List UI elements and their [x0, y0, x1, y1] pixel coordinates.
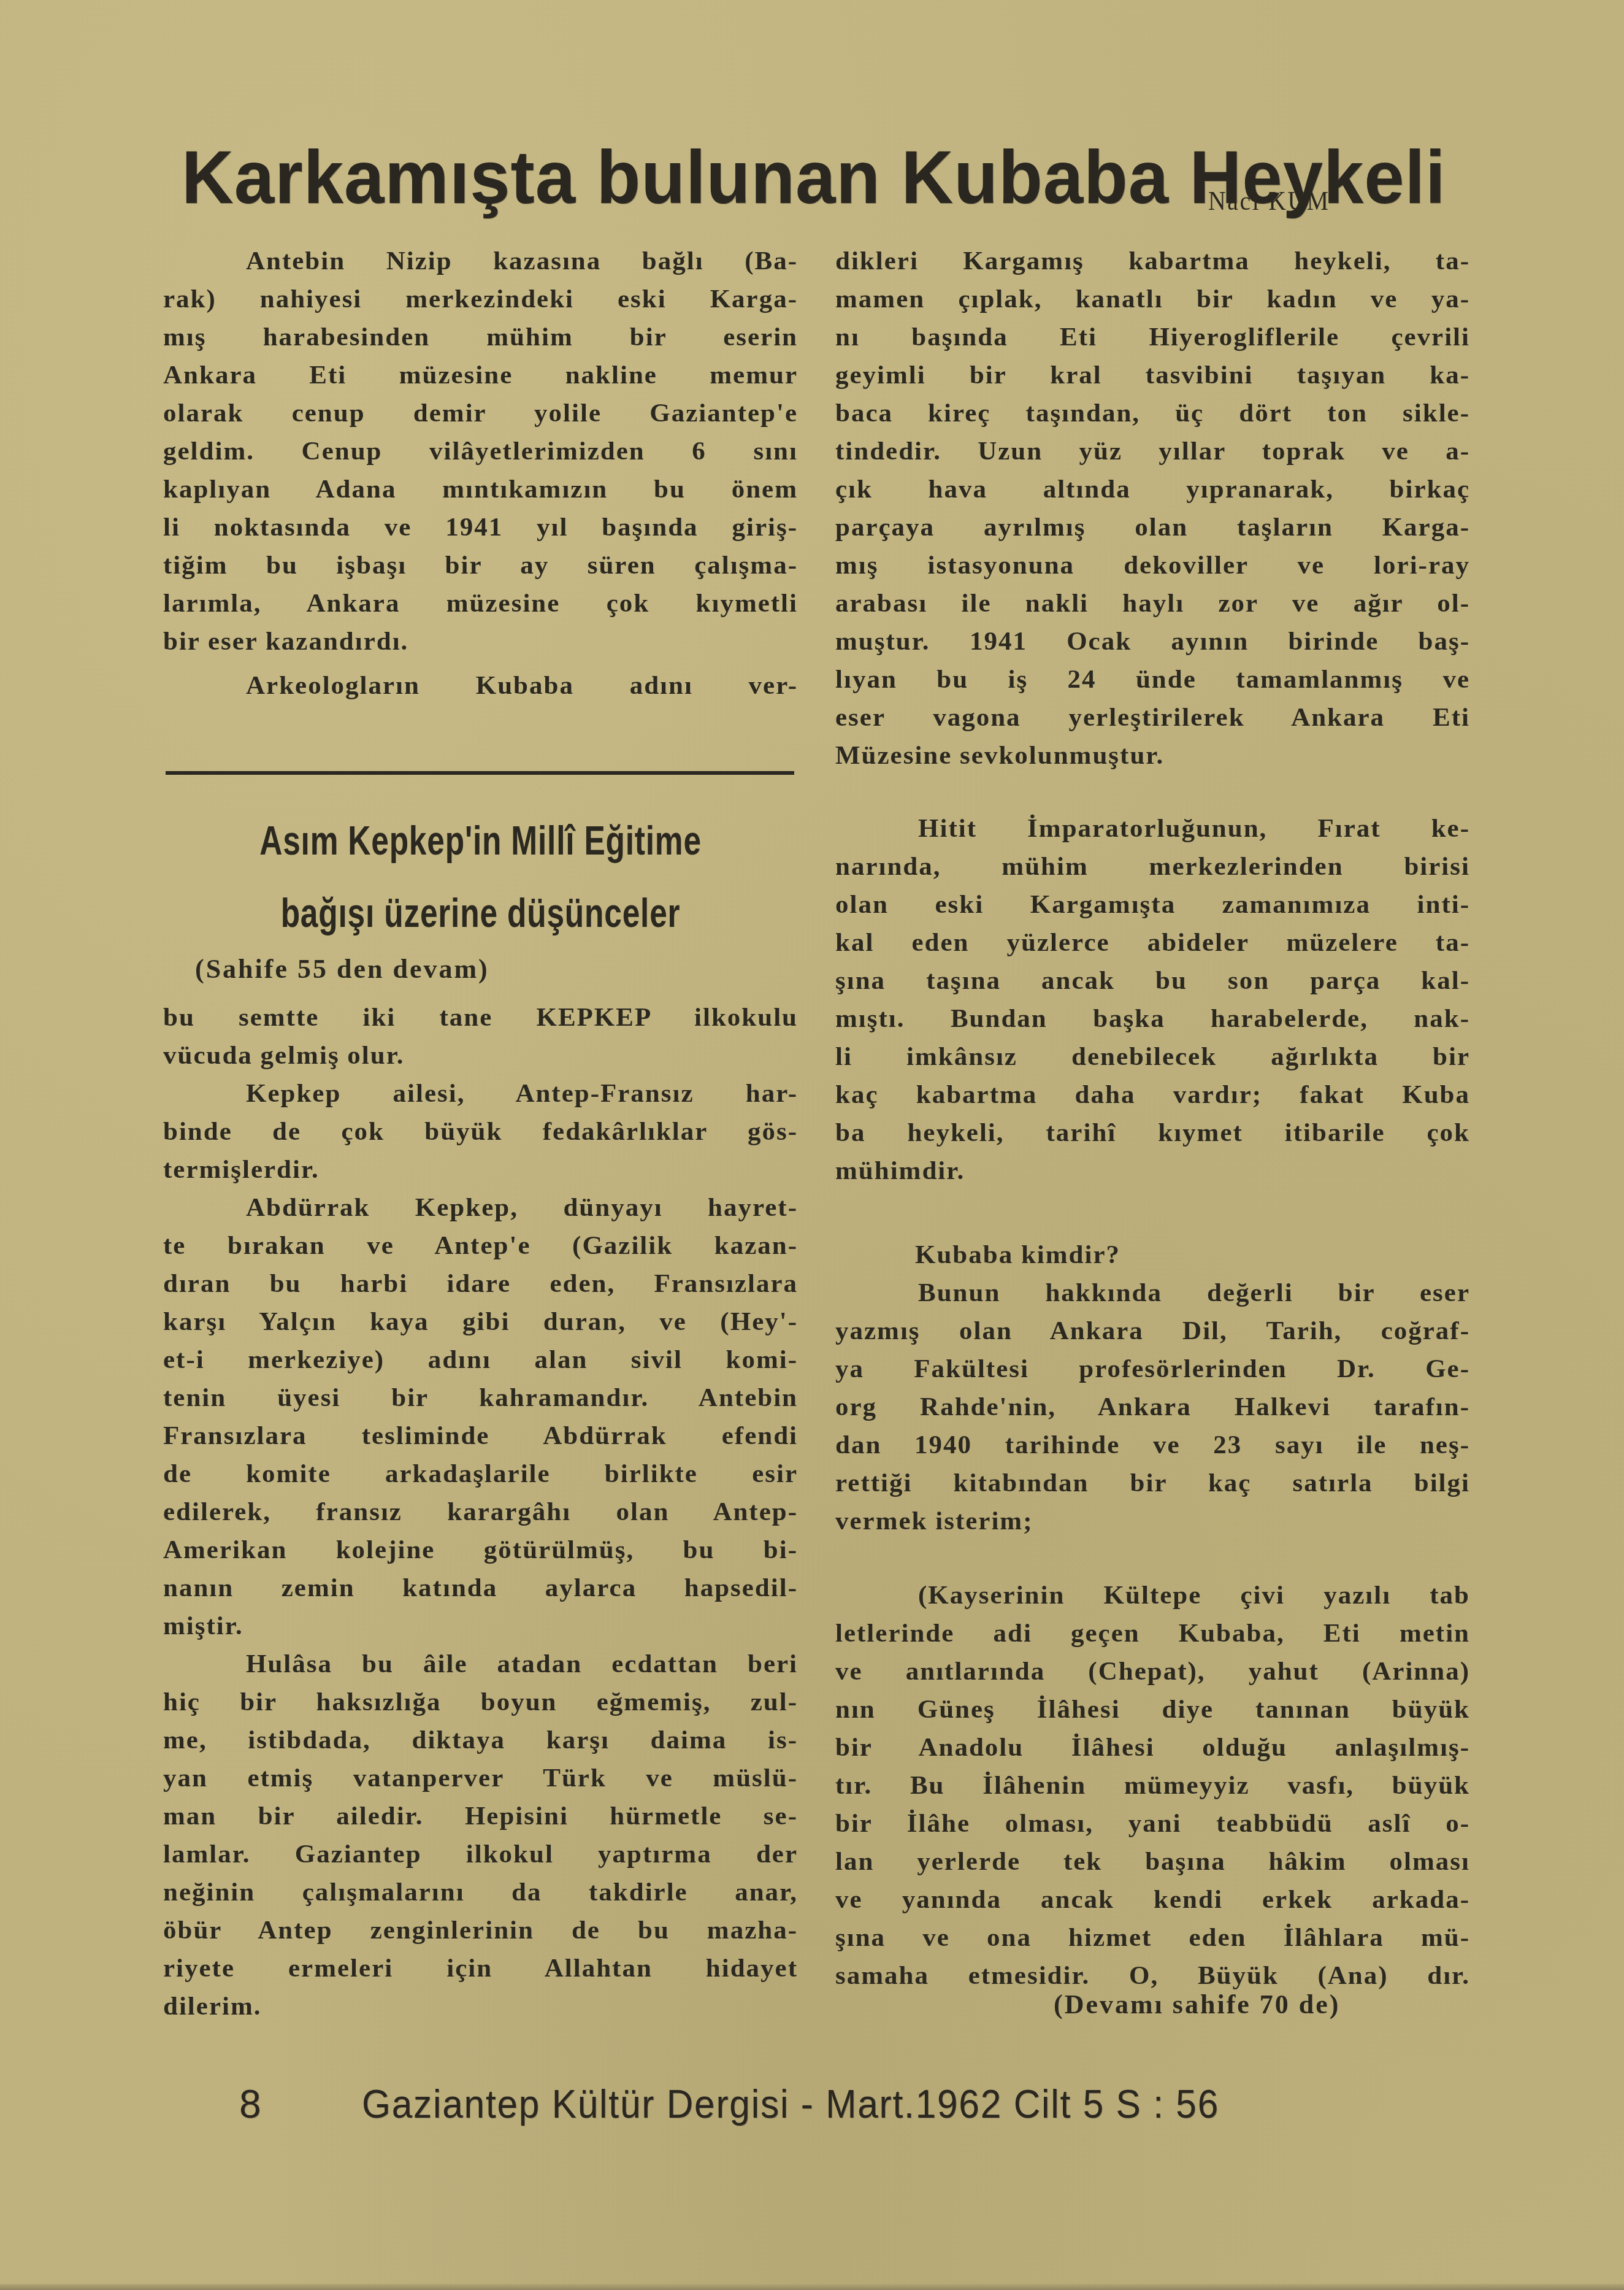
- text-line: kaplıyan Adana mıntıkamızın bu önem: [163, 471, 798, 509]
- right-column-part3: Kubaba kimdir? Bunun hakkında değerli bi…: [835, 1236, 1470, 1540]
- text-line: narında, mühim merkezlerinden birisi: [835, 848, 1470, 886]
- text-line: letlerinde adi geçen Kubaba, Eti metin: [835, 1615, 1470, 1653]
- text-line: (Kayserinin Kültepe çivi yazılı tab: [835, 1577, 1470, 1615]
- text-line: Hitit İmparatorluğunun, Fırat ke-: [835, 810, 1470, 848]
- text-line: lamlar. Gaziantep ilkokul yaptırma der: [163, 1835, 798, 1873]
- right-column-part2: Hitit İmparatorluğunun, Fırat ke- narınd…: [835, 810, 1470, 1190]
- text-line: man bir ailedir. Hepisini hürmetle se-: [163, 1797, 798, 1835]
- text-line: yan etmiş vatanperver Türk ve müslü-: [163, 1759, 798, 1797]
- text-line: ya Fakültesi profesörlerinden Dr. Ge-: [835, 1350, 1470, 1388]
- continued-to-note: (Devamı sahife 70 de): [1054, 1988, 1341, 2022]
- text-line: Ankara Eti müzesine nakline memur: [163, 356, 798, 394]
- article-author: Naci KUM: [1208, 185, 1330, 217]
- text-line: de komite arkadaşlarile birlikte esir: [163, 1455, 798, 1493]
- text-line: te bırakan ve Antep'e (Gazilik kazan-: [163, 1227, 798, 1265]
- text-line: larımla, Ankara müzesine çok kıymetli: [163, 585, 798, 623]
- text-line: tenin üyesi bir kahramandır. Antebin: [163, 1379, 798, 1417]
- text-line: Fransızlara tesliminde Abdürrak efendi: [163, 1417, 798, 1455]
- text-line: eser vagona yerleştirilerek Ankara Eti: [835, 699, 1470, 737]
- text-line: Müzesine sevkolunmuştur.: [835, 737, 1470, 775]
- text-line: org Rahde'nin, Ankara Halkevi tarafın-: [835, 1388, 1470, 1426]
- text-line: Arkeologların Kubaba adını ver-: [163, 667, 798, 705]
- text-line: çık hava altında yıpranarak, birkaç: [835, 471, 1470, 509]
- text-line: mıştı. Bundan başka harabelerde, nak-: [835, 1000, 1470, 1038]
- left-column-second-article: bu semtte iki tane KEPKEP ilkokulu vücud…: [163, 999, 798, 2026]
- text-line: tindedir. Uzun yüz yıllar toprak ve a-: [835, 432, 1470, 471]
- second-article-title-line1: Asım Kepkep'in Millî Eğitime: [233, 816, 728, 865]
- text-line: Hulâsa bu âile atadan ecdattan beri: [163, 1645, 798, 1683]
- text-line: hiç bir haksızlığa boyun eğmemiş, zul-: [163, 1683, 798, 1721]
- text-line: bir eser kazandırdı.: [163, 623, 798, 661]
- right-column-part1: dikleri Kargamış kabartma heykeli, ta- m…: [835, 242, 1470, 775]
- text-line: bir Anadolu İlâhesi olduğu anlaşılmış-: [835, 1729, 1470, 1767]
- text-line: nın Güneş İlâhesi diye tanınan büyük: [835, 1691, 1470, 1729]
- text-line: şına taşına ancak bu son parça kal-: [835, 962, 1470, 1000]
- section-subheading: Kubaba kimdir?: [835, 1236, 1470, 1274]
- text-line: dilerim.: [163, 1988, 798, 2026]
- text-line: vermek isterim;: [835, 1502, 1470, 1540]
- text-line: mamen çıplak, kanatlı bir kadın ve ya-: [835, 280, 1470, 318]
- text-line: olarak cenup demir yolile Gaziantep'e: [163, 394, 798, 432]
- text-line: rak) nahiyesi merkezindeki eski Karga-: [163, 280, 798, 318]
- text-line: ve yanında ancak kendi erkek arkada-: [835, 1881, 1470, 1919]
- text-line: tır. Bu İlâhenin mümeyyiz vasfı, büyük: [835, 1767, 1470, 1805]
- text-line: li imkânsız denebilecek ağırlıkta bir: [835, 1038, 1470, 1076]
- text-line: neğinin çalışmalarını da takdirle anar,: [163, 1873, 798, 1912]
- text-line: kaç kabartma daha vardır; fakat Kuba: [835, 1076, 1470, 1114]
- text-line: bu semtte iki tane KEPKEP ilkokulu: [163, 999, 798, 1037]
- text-line: me, istibdada, diktaya karşı daima is-: [163, 1721, 798, 1759]
- text-line: dan 1940 tarihinde ve 23 sayı ile neş-: [835, 1426, 1470, 1464]
- text-line: geldim. Cenup vilâyetlerimizden 6 sını: [163, 432, 798, 471]
- text-line: binde de çok büyük fedakârlıklar gös-: [163, 1113, 798, 1151]
- text-line: karşı Yalçın kaya gibi duran, ve (Hey'-: [163, 1303, 798, 1341]
- right-column-quotation: (Kayserinin Kültepe çivi yazılı tab letl…: [835, 1577, 1470, 1995]
- text-line: rettiği kitabından bir kaç satırla bilgi: [835, 1464, 1470, 1502]
- text-line: Antebin Nizip kazasına bağlı (Ba-: [163, 242, 798, 280]
- text-line: bir İlâhe olması, yani teabbüdü aslî o-: [835, 1805, 1470, 1843]
- text-line: et-i merkeziye) adını alan sivil komi-: [163, 1341, 798, 1379]
- second-article-title-line2: bağışı üzerine düşünceler: [233, 888, 728, 937]
- text-line: parçaya ayrılmış olan taşların Karga-: [835, 509, 1470, 547]
- text-line: li noktasında ve 1941 yıl başında giriş-: [163, 509, 798, 547]
- text-line: termişlerdir.: [163, 1151, 798, 1189]
- text-line: ve anıtlarında (Chepat), yahut (Arinna): [835, 1653, 1470, 1691]
- text-line: ba heykeli, tarihî kıymet itibarile çok: [835, 1114, 1470, 1152]
- text-line: dikleri Kargamış kabartma heykeli, ta-: [835, 242, 1470, 280]
- text-line: olan eski Kargamışta zamanımıza inti-: [835, 886, 1470, 924]
- text-line: nı başında Eti Hiyerogliflerile çevrili: [835, 318, 1470, 356]
- text-line: nanın zemin katında aylarca hapsedil-: [163, 1569, 798, 1607]
- text-line: dıran bu harbi idare eden, Fransızlara: [163, 1265, 798, 1303]
- page-number: 8: [239, 2080, 362, 2129]
- text-line: şına ve ona hizmet eden İlâhlara mü-: [835, 1919, 1470, 1957]
- text-line: lan yerlerde tek başına hâkim olması: [835, 1843, 1470, 1881]
- text-line: miştir.: [163, 1607, 798, 1645]
- text-line: Amerikan kolejine götürülmüş, bu bi-: [163, 1531, 798, 1569]
- text-line: Abdürrak Kepkep, dünyayı hayret-: [163, 1189, 798, 1227]
- page-bottom-edge: [0, 2284, 1624, 2290]
- continued-from-note: (Sahife 55 den devam): [195, 952, 489, 986]
- text-line: arabası ile nakli haylı zor ve ağır ol-: [835, 585, 1470, 623]
- text-line: edilerek, fransız karargâhı olan Antep-: [163, 1493, 798, 1531]
- text-line: kal eden yüzlerce abideler müzelere ta-: [835, 924, 1470, 962]
- text-line: riyete ermeleri için Allahtan hidayet: [163, 1950, 798, 1988]
- text-line: mış harabesinden mühim bir eserin: [163, 318, 798, 356]
- text-line: muştur. 1941 Ocak ayının birinde baş-: [835, 623, 1470, 661]
- text-line: tiğim bu işbaşı bir ay süren çalışma-: [163, 547, 798, 585]
- text-line: Kepkep ailesi, Antep-Fransız har-: [163, 1075, 798, 1113]
- text-line: öbür Antep zenginlerinin de bu mazha-: [163, 1912, 798, 1950]
- text-line: yazmış olan Ankara Dil, Tarih, coğraf-: [835, 1312, 1470, 1350]
- text-line: Bunun hakkında değerli bir eser: [835, 1274, 1470, 1312]
- text-line: baca kireç taşından, üç dört ton sikle-: [835, 394, 1470, 432]
- text-line: vücuda gelmiş olur.: [163, 1037, 798, 1075]
- text-line: mış istasyonuna dekoviller ve lori-ray: [835, 547, 1470, 585]
- text-line: mühimdir.: [835, 1152, 1470, 1190]
- text-line: geyimli bir kral tasvibini taşıyan ka-: [835, 356, 1470, 394]
- publication-info: Gaziantep Kültür Dergisi - Mart.1962 Cil…: [362, 2080, 1219, 2129]
- text-line: lıyan bu iş 24 ünde tamamlanmış ve: [835, 661, 1470, 699]
- left-column-article-intro: Antebin Nizip kazasına bağlı (Ba- rak) n…: [163, 242, 798, 705]
- section-divider: [166, 771, 794, 775]
- page-footer: 8Gaziantep Kültür Dergisi - Mart.1962 Ci…: [239, 2080, 1274, 2129]
